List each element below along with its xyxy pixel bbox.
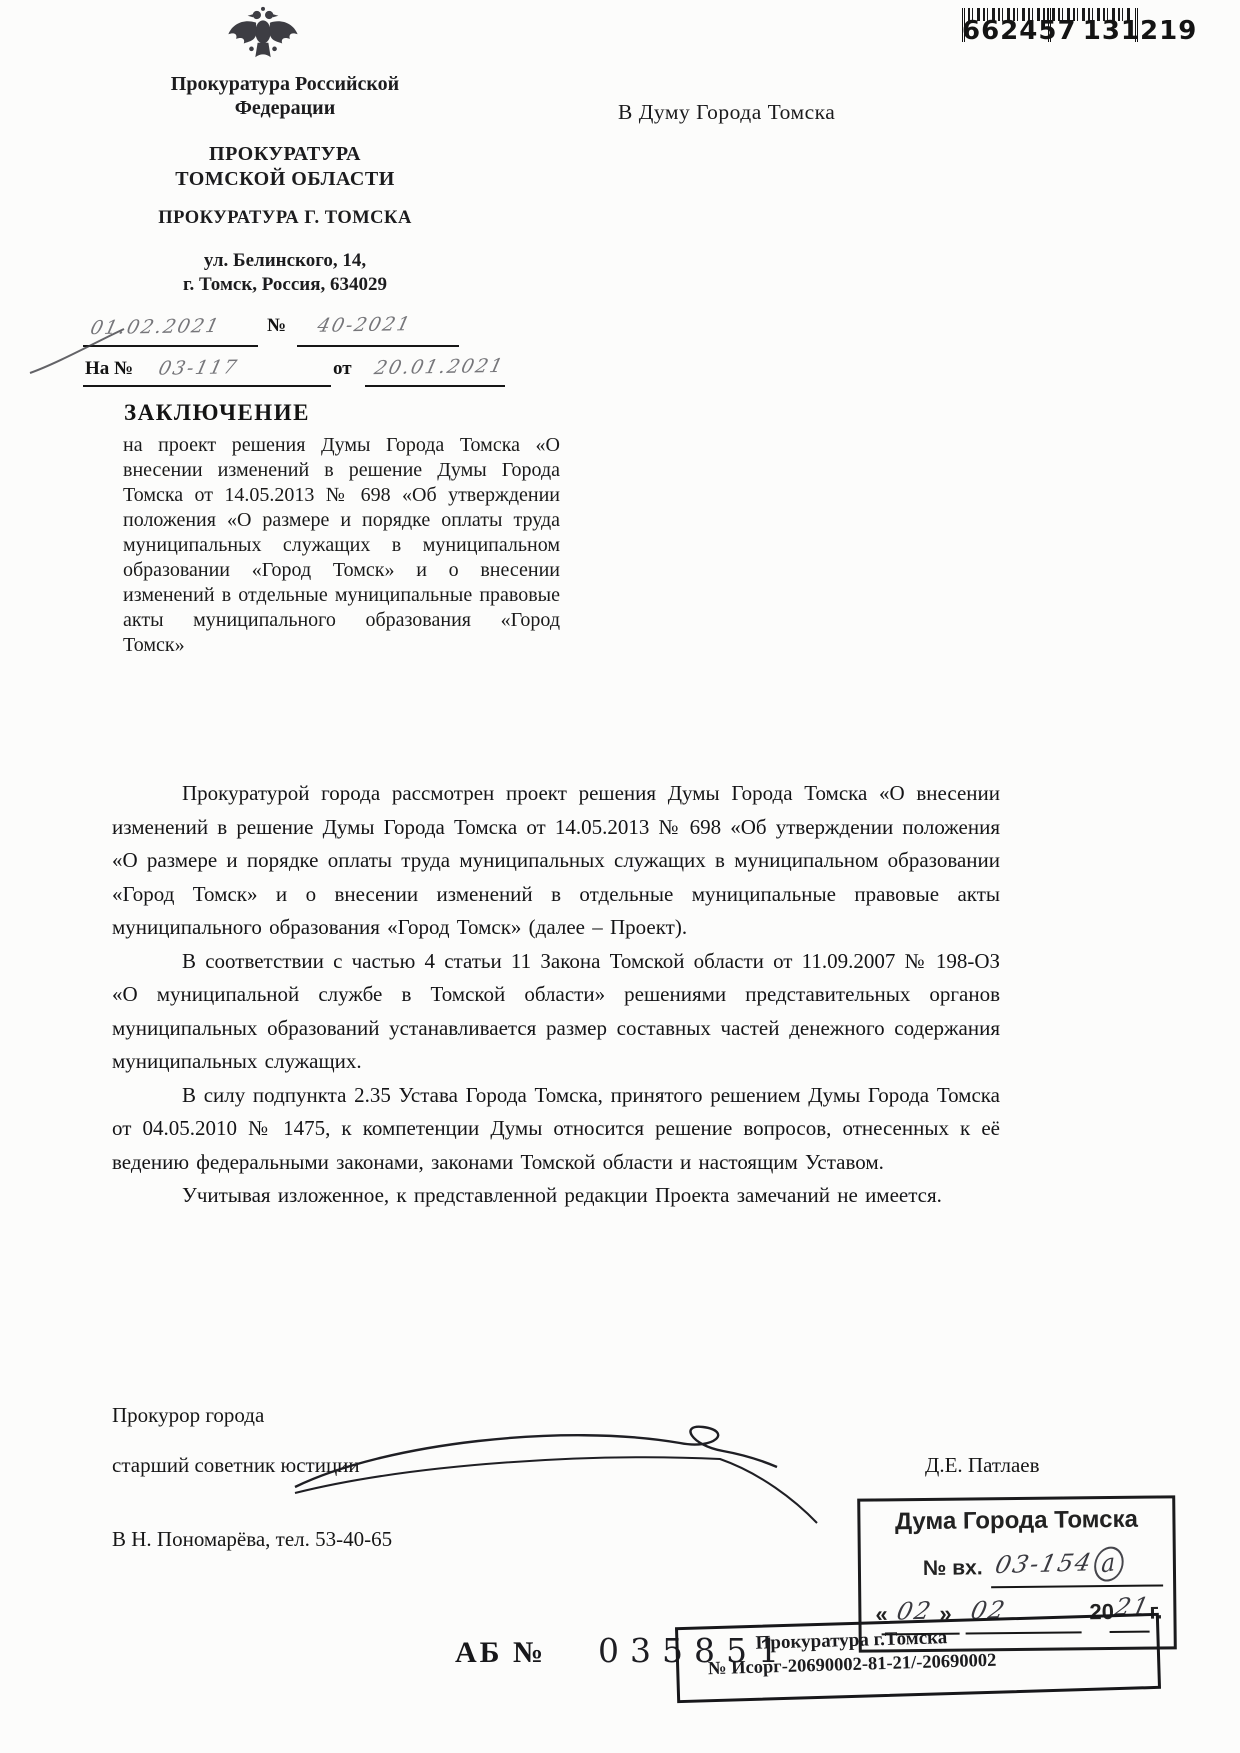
body-paragraph: Учитывая изложенное, к представленной ре… [112,1179,1000,1213]
prosecutor-stamp-content: Прокуратура г.Томска № Исорг-20690002-81… [696,1625,1007,1680]
number-sign-label: № [267,315,286,337]
reply-reference-row: На № 03-117 от 20.01.2021 [83,354,513,390]
addressee: В Думу Города Томска [618,100,835,125]
signer-name: Д.Е. Патлаев [925,1453,1040,1478]
duma-stamp-org: Дума Города Томска [860,1505,1172,1536]
conclusion-subject: на проект решения Думы Города Томска «О … [123,433,560,658]
letterhead-regional-org: ПРОКУРАТУРА ТОМСКОЙ ОБЛАСТИ [95,142,475,192]
letter-body: Прокуратурой города рассмотрен проект ре… [112,777,1000,1213]
signature-stroke [265,1415,825,1535]
body-paragraph: Прокуратурой города рассмотрен проект ре… [112,777,1000,945]
letterhead-address-city: г. Томск, Россия, 634029 [95,274,475,296]
incoming-number-label: № вх. [923,1556,983,1581]
incoming-number-underline [991,1584,1163,1588]
outgoing-number-row: 01.02.2021 № 40-2021 [83,312,503,348]
letterhead-federal-org: Прокуратура Российской Федерации [95,72,475,120]
reply-number-underline [83,385,331,387]
conclusion-title: ЗАКЛЮЧЕНИЕ [124,400,310,426]
coat-of-arms-icon [224,5,302,65]
body-paragraph: В силу подпункта 2.35 Устава Города Томс… [112,1079,1000,1180]
prosecutor-registration-stamp: Прокуратура г.Томска № Исорг-20690002-81… [675,1613,1161,1703]
body-paragraph: В соответствии с частью 4 статьи 11 Зако… [112,945,1000,1079]
barcode-group1: 662457 [962,16,1077,46]
scanned-letter-page: 662457 131219 Прокуратура Российской Фед… [0,0,1240,1753]
signer-post-line1: Прокурор города [112,1403,264,1428]
form-series-label: АБ № [455,1636,546,1670]
reply-date-handwritten: 20.01.2021 [372,355,506,379]
reply-date-underline [365,385,505,387]
reply-number-handwritten: 03-117 [156,356,240,379]
barcode-digits: 662457 131219 [962,16,1138,46]
duma-stamp-number-row: № вх. 03-154а [861,1546,1173,1589]
letterhead-address-street: ул. Белинского, 14, [95,250,475,272]
letterhead-city-org: ПРОКУРАТУРА Г. ТОМСКА [95,208,475,229]
outgoing-number-underline [297,345,459,347]
outgoing-number-handwritten: 40-2021 [315,313,413,337]
executor-contact: В Н. Пономарёва, тел. 53-40-65 [112,1527,392,1552]
from-label: от [333,358,352,380]
barcode-group2: 131219 [1083,16,1198,46]
incoming-number-handwritten: 03-154а [996,1547,1125,1582]
pen-mark [28,325,128,377]
barcode: 662457 131219 [962,8,1138,44]
incoming-number-suffix: а [1094,1544,1124,1584]
